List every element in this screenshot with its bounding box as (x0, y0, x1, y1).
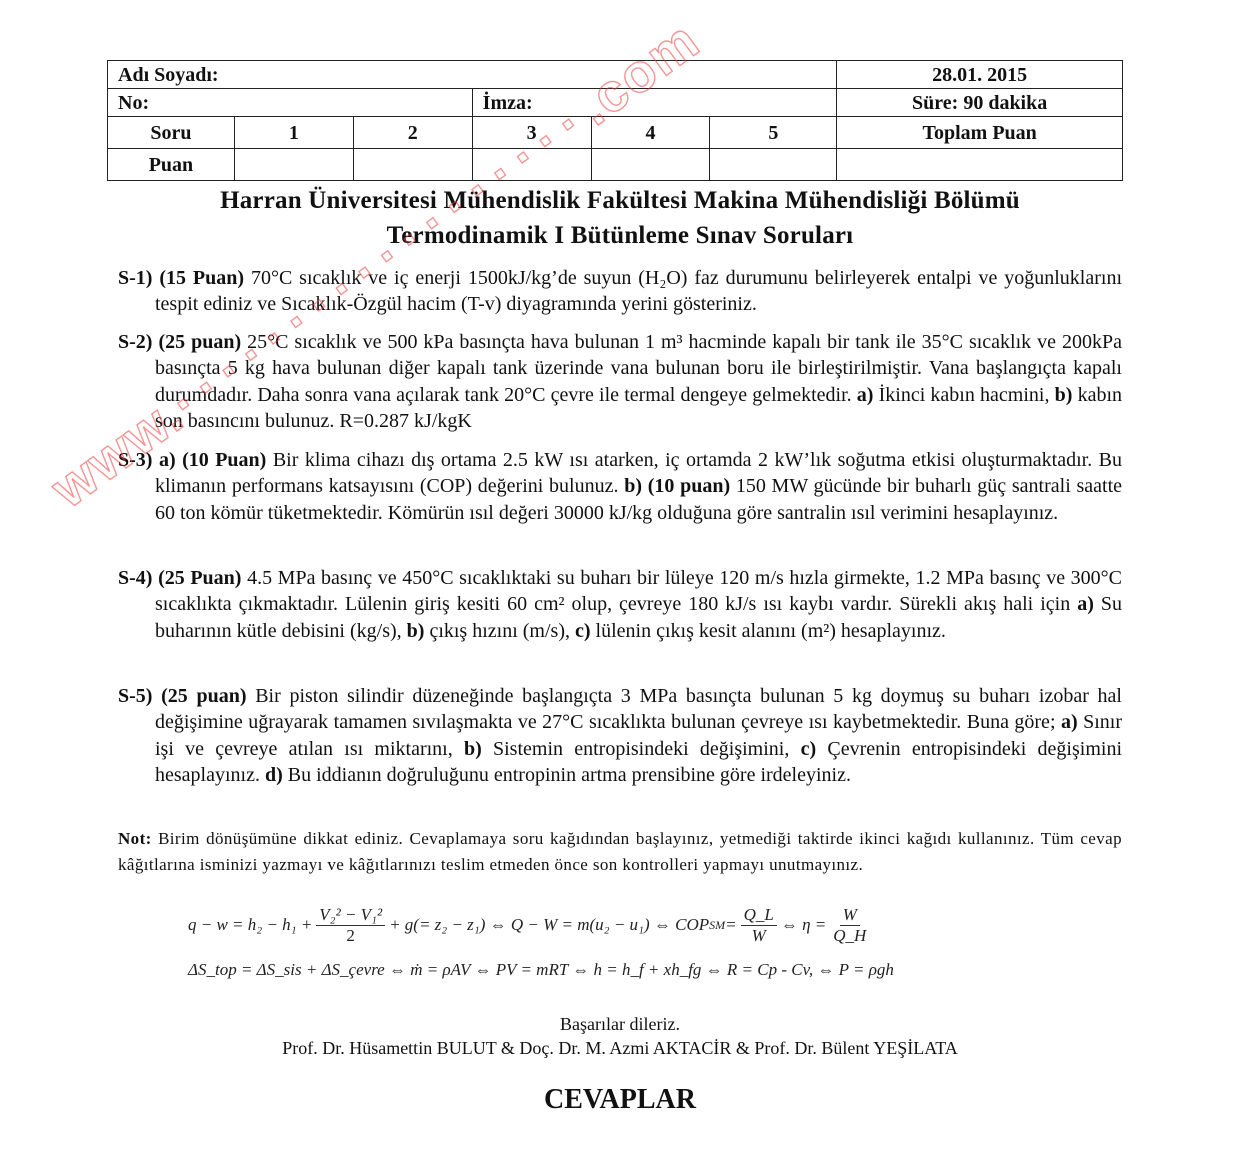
score-cell (472, 149, 591, 181)
fraction-numerator: Q_L (741, 905, 777, 926)
part-text: İkinci kabın hacmini, (879, 384, 1050, 406)
question-number: 3 (472, 117, 591, 149)
score-cell (234, 149, 353, 181)
exam-page: Adı Soyadı: 28.01. 2015 No: İmza: Süre: … (0, 0, 1240, 1156)
question-text: Bir piston silindir düzeneğinde başlangı… (155, 685, 1122, 733)
efficiency-fraction: W Q_H (830, 905, 869, 946)
formula-first-law: + g(= z₂ − z₁) ⇔ Q − W = m(u₂ − u₁) ⇔ CO… (389, 915, 709, 935)
question-3: S-3) a) (10 Puan) Bir klima cihazı dış o… (118, 447, 1122, 526)
score-cell (591, 149, 710, 181)
part-label: d) (265, 764, 283, 786)
note-text: Birim dönüşümüne dikkat ediniz. Cevaplam… (118, 829, 1122, 874)
question-1: S-1) (15 Puan) 70°C sıcaklık ve iç enerj… (118, 265, 1122, 318)
question-id: S-1) (118, 267, 152, 289)
score-cell (353, 149, 472, 181)
formula-efficiency: ⇔ η = (781, 915, 826, 935)
part-text: Sistemin entropisindeki değişimini, (493, 738, 789, 760)
part-text: çıkış hızını (m/s), (429, 620, 570, 642)
student-no-label: No: (108, 89, 473, 117)
question-points: (15 Puan) (159, 267, 244, 289)
question-text: 70°C sıcaklık ve iç enerji 1500kJ/kg’de … (155, 267, 1122, 315)
authors: Prof. Dr. Hüsamettin BULUT & Doç. Dr. M.… (110, 1038, 1130, 1059)
question-4: S-4) (25 Puan) 4.5 MPa basınç ve 450°C s… (118, 565, 1122, 644)
exam-title: Termodinamik I Bütünleme Sınav Soruları (110, 222, 1130, 250)
fraction-denominator: Q_H (830, 926, 869, 946)
part-label: c) (575, 620, 591, 642)
exam-date: 28.01. 2015 (837, 61, 1123, 89)
part-text: Bu iddianın doğruluğunu entropinin artma… (288, 764, 851, 786)
fraction-denominator: W (749, 926, 769, 946)
part-label: a) (1061, 711, 1078, 733)
name-label: Adı Soyadı: (108, 61, 837, 89)
formula-energy-balance: q − w = h₂ − h₁ + (188, 915, 312, 935)
kinetic-energy-fraction: V₂² − V₁² 2 (316, 905, 385, 946)
question-number: 2 (353, 117, 472, 149)
question-row-label: Soru (108, 117, 235, 149)
part-label: b) (407, 620, 425, 642)
part-label: a) (10 Puan) (159, 449, 266, 471)
note-label: Not: (118, 829, 152, 848)
question-2: S-2) (25 puan) 25°C sıcaklık ve 500 kPa … (118, 329, 1122, 435)
question-text: 4.5 MPa basınç ve 450°C sıcaklıktaki su … (155, 567, 1122, 615)
question-points: (25 Puan) (158, 567, 241, 589)
part-label: c) (801, 738, 817, 760)
question-id: S-2) (118, 331, 152, 353)
answers-heading: CEVAPLAR (110, 1084, 1130, 1116)
fraction-numerator: W (840, 905, 860, 926)
exam-duration: Süre: 90 dakika (837, 89, 1123, 117)
closing-wish: Başarılar dileriz. (110, 1014, 1130, 1035)
total-score-label: Toplam Puan (837, 117, 1123, 149)
question-points: (25 puan) (161, 685, 246, 707)
university-title: Harran Üniversitesi Mühendislik Fakültes… (110, 187, 1130, 215)
score-cell (710, 149, 837, 181)
part-label: b) (1055, 384, 1073, 406)
exam-note: Not: Birim dönüşümüne dikkat ediniz. Cev… (118, 826, 1122, 878)
student-info-table: Adı Soyadı: 28.01. 2015 No: İmza: Süre: … (107, 60, 1123, 181)
formula-line-2: ΔS_top = ΔS_sis + ΔS_çevre ⇔ ṁ = ρAV ⇔ P… (188, 960, 894, 980)
cop-fraction: Q_L W (741, 905, 777, 946)
part-text: lülenin çıkış kesit alanını (m²) hesapla… (596, 620, 946, 642)
question-5: S-5) (25 puan) Bir piston silindir düzen… (118, 683, 1122, 789)
formula-line-1: q − w = h₂ − h₁ + V₂² − V₁² 2 + g(= z₂ −… (188, 900, 873, 950)
score-row-label: Puan (108, 149, 235, 181)
question-id: S-5) (118, 685, 152, 707)
question-number: 4 (591, 117, 710, 149)
question-id: S-4) (118, 567, 152, 589)
question-points: (25 puan) (158, 331, 241, 353)
total-score-cell (837, 149, 1123, 181)
part-label: a) (857, 384, 874, 406)
question-id: S-3) (118, 449, 152, 471)
part-label: b) (10 puan) (624, 475, 730, 497)
question-number: 5 (710, 117, 837, 149)
signature-label: İmza: (472, 89, 837, 117)
fraction-numerator: V₂² − V₁² (316, 905, 385, 926)
formula-equals: = (725, 915, 736, 935)
question-number: 1 (234, 117, 353, 149)
part-label: b) (464, 738, 482, 760)
part-label: a) (1077, 593, 1094, 615)
fraction-denominator: 2 (343, 926, 358, 946)
